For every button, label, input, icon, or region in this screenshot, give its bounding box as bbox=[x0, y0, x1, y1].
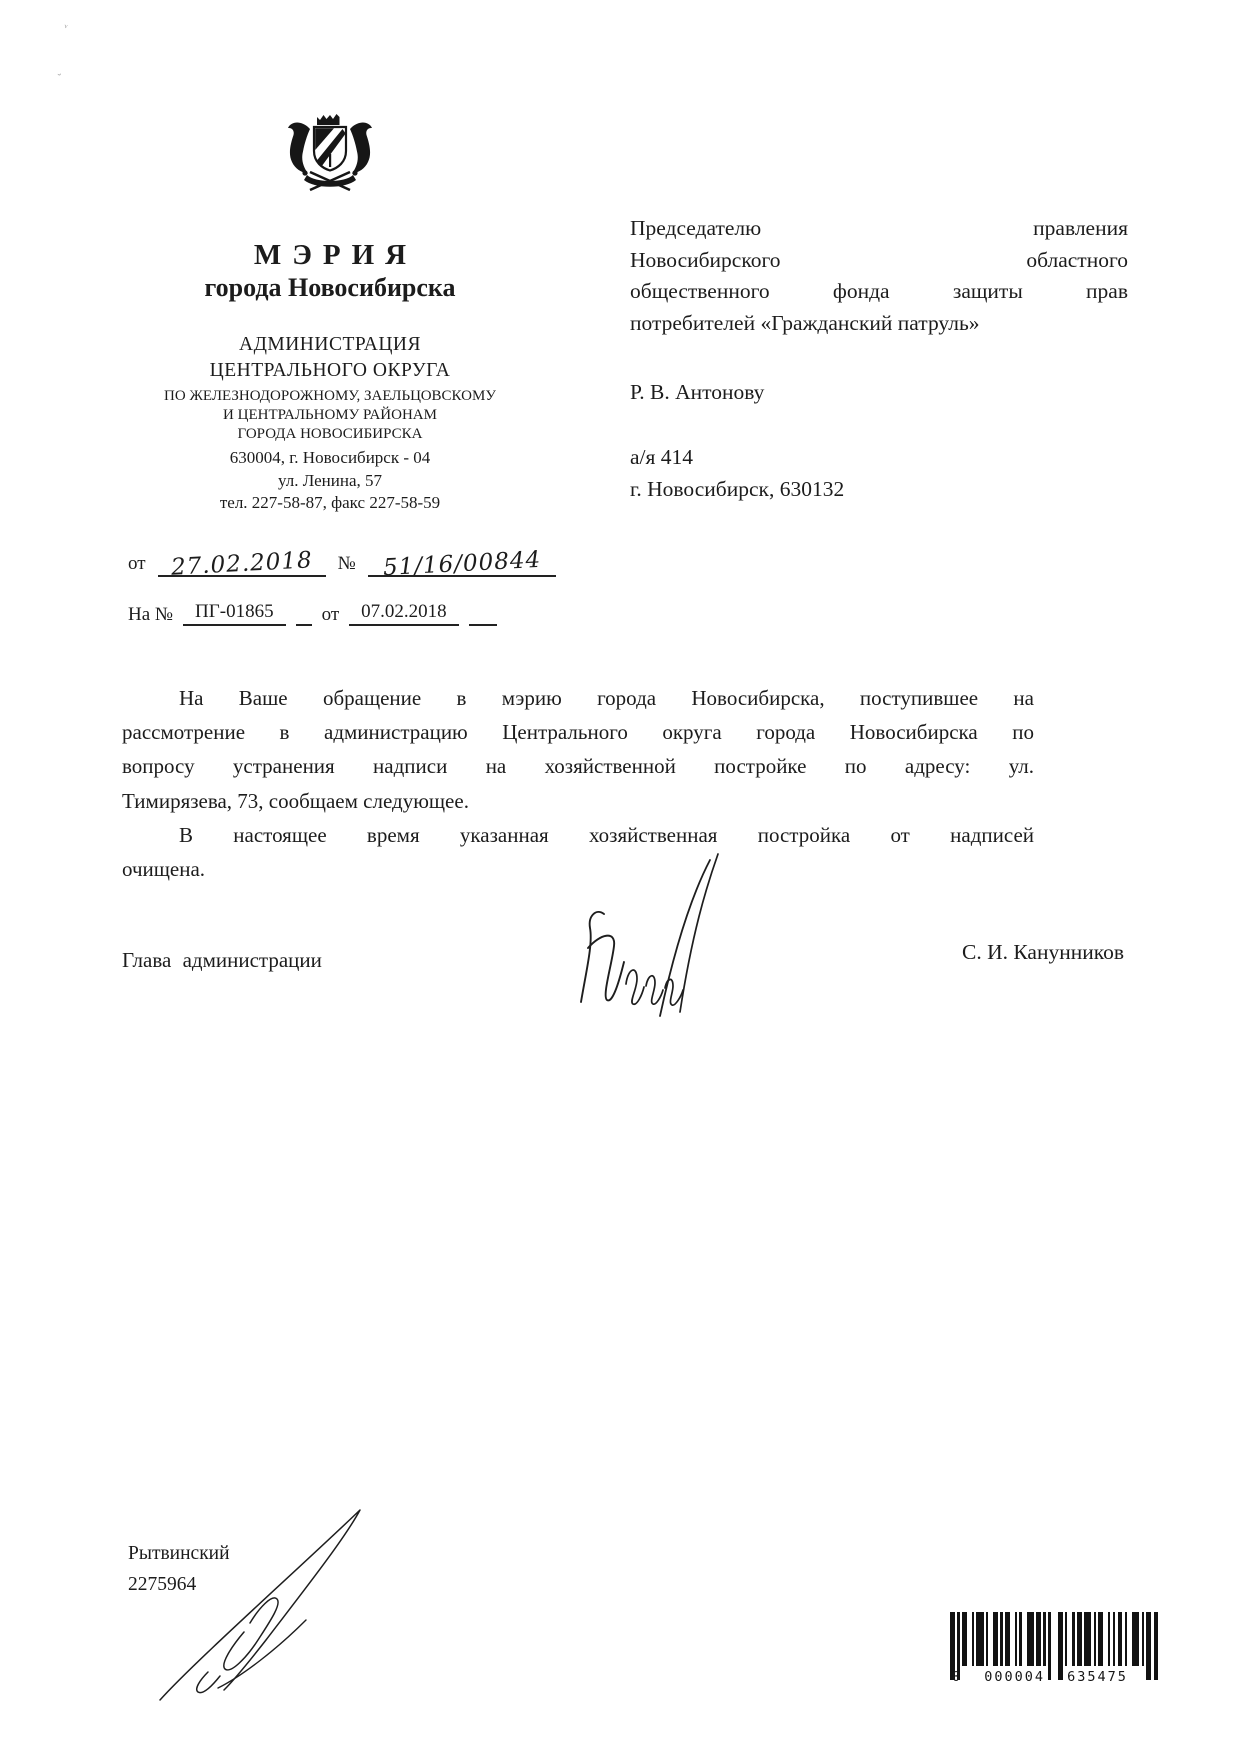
barcode-bar bbox=[1005, 1612, 1010, 1666]
underline-segment bbox=[296, 620, 312, 626]
number-label: № bbox=[338, 553, 356, 577]
addressee-block: Председателю правления Новосибирского об… bbox=[630, 213, 1128, 505]
outgoing-date-field: 27.02.2018 bbox=[158, 543, 326, 577]
outgoing-date-handwritten: 27.02.2018 bbox=[170, 547, 313, 580]
reply-prefix-label: На № bbox=[128, 604, 173, 626]
barcode-bar bbox=[1118, 1612, 1123, 1666]
addressee-line: общественного фонда защиты прав bbox=[630, 276, 1128, 308]
outgoing-number-field: 51/16/00844 bbox=[368, 543, 556, 577]
signer-name: С. И. Канунников bbox=[962, 940, 1124, 965]
addressee-po-box: а/я 414 bbox=[630, 442, 1128, 474]
letterhead: МЭРИЯ города Новосибирска АДМИНИСТРАЦИЯ … bbox=[95, 112, 565, 515]
body-line: рассмотрение в администрацию Центральног… bbox=[122, 715, 1034, 749]
novosibirsk-coat-of-arms-icon bbox=[280, 112, 380, 208]
barcode-bar bbox=[1125, 1612, 1127, 1666]
department-line: ЦЕНТРАЛЬНОГО ОКРУГА bbox=[95, 358, 565, 384]
incoming-reference-row: На № ПГ-01865 от 07.02.2018 bbox=[128, 601, 497, 626]
barcode-bar bbox=[1094, 1612, 1096, 1666]
barcode-bar bbox=[1015, 1612, 1017, 1666]
org-name-line1: МЭРИЯ bbox=[95, 238, 565, 272]
department-line: АДМИНИСТРАЦИЯ bbox=[95, 332, 565, 358]
body-line: В настоящее время указанная хозяйственна… bbox=[122, 818, 1034, 852]
barcode-bar bbox=[972, 1612, 974, 1666]
outgoing-number-handwritten: 51/16/00844 bbox=[382, 547, 541, 581]
addressee-city: г. Новосибирск, 630132 bbox=[630, 474, 1128, 506]
scan-artifact: ˬ bbox=[56, 64, 61, 76]
incoming-number-field: ПГ-01865 bbox=[183, 601, 286, 626]
barcode-bar bbox=[1132, 1612, 1139, 1666]
barcode-bar bbox=[962, 1612, 967, 1666]
barcode-bars bbox=[950, 1612, 1158, 1666]
org-name-line2: города Новосибирска bbox=[95, 272, 565, 304]
department-line: ПО ЖЕЛЕЗНОДОРОЖНОМУ, ЗАЕЛЬЦОВСКОМУ bbox=[95, 387, 565, 406]
body-line: Тимирязева, 73, сообщаем следующее. bbox=[122, 784, 1034, 818]
barcode-bar bbox=[1077, 1612, 1082, 1666]
org-address-line: ул. Ленина, 57 bbox=[95, 470, 565, 493]
barcode-bar bbox=[1098, 1612, 1103, 1666]
addressee-line: потребителей «Гражданский патруль» bbox=[630, 308, 1128, 340]
barcode-bar bbox=[1065, 1612, 1067, 1666]
barcode-bar bbox=[1072, 1612, 1074, 1666]
outgoing-reference-row: от 27.02.2018 № 51/16/00844 bbox=[128, 543, 556, 577]
addressee-person: Р. В. Антонову bbox=[630, 377, 1128, 409]
barcode-bar bbox=[1084, 1612, 1091, 1666]
barcode-bar bbox=[1000, 1612, 1002, 1666]
barcode-bar bbox=[1027, 1612, 1034, 1666]
scan-artifact: ᵛ bbox=[63, 22, 69, 34]
barcode: 0 000004 635475 bbox=[950, 1612, 1158, 1685]
barcode-bar bbox=[1019, 1612, 1021, 1666]
barcode-bar bbox=[986, 1612, 988, 1666]
reply-from-label: от bbox=[322, 604, 340, 626]
barcode-number: 0 000004 635475 bbox=[950, 1669, 1158, 1685]
addressee-line: Новосибирского областного bbox=[630, 245, 1128, 277]
barcode-bar bbox=[1113, 1612, 1115, 1666]
barcode-bar bbox=[1108, 1612, 1110, 1666]
incoming-date-field: 07.02.2018 bbox=[349, 601, 459, 626]
barcode-bar bbox=[993, 1612, 998, 1666]
department-line: ГОРОДА НОВОСИБИРСКА bbox=[95, 425, 565, 444]
barcode-bar bbox=[1146, 1612, 1151, 1680]
barcode-bar bbox=[1142, 1612, 1144, 1666]
signer-position-title: Глава администрации bbox=[122, 948, 322, 973]
org-phone-line: тел. 227-58-87, факс 227-58-59 bbox=[95, 492, 565, 515]
barcode-bar bbox=[1154, 1612, 1159, 1680]
head-signature bbox=[560, 850, 765, 1020]
body-line: На Ваше обращение в мэрию города Новосиб… bbox=[122, 681, 1034, 715]
barcode-bar bbox=[1043, 1612, 1045, 1666]
body-line: вопросу устранения надписи на хозяйствен… bbox=[122, 749, 1034, 783]
addressee-line: Председателю правления bbox=[630, 213, 1128, 245]
department-line: И ЦЕНТРАЛЬНОМУ РАЙОНАМ bbox=[95, 406, 565, 425]
barcode-bar bbox=[1036, 1612, 1041, 1666]
org-address-line: 630004, г. Новосибирск - 04 bbox=[95, 447, 565, 470]
date-label: от bbox=[128, 553, 146, 577]
scanned-letter-page: ᵛ ˬ МЭРИЯ города Новосибирска АДМИНИСТРА… bbox=[0, 0, 1240, 1754]
barcode-bar bbox=[976, 1612, 983, 1666]
underline-segment bbox=[469, 620, 497, 626]
executor-signature bbox=[148, 1500, 383, 1705]
